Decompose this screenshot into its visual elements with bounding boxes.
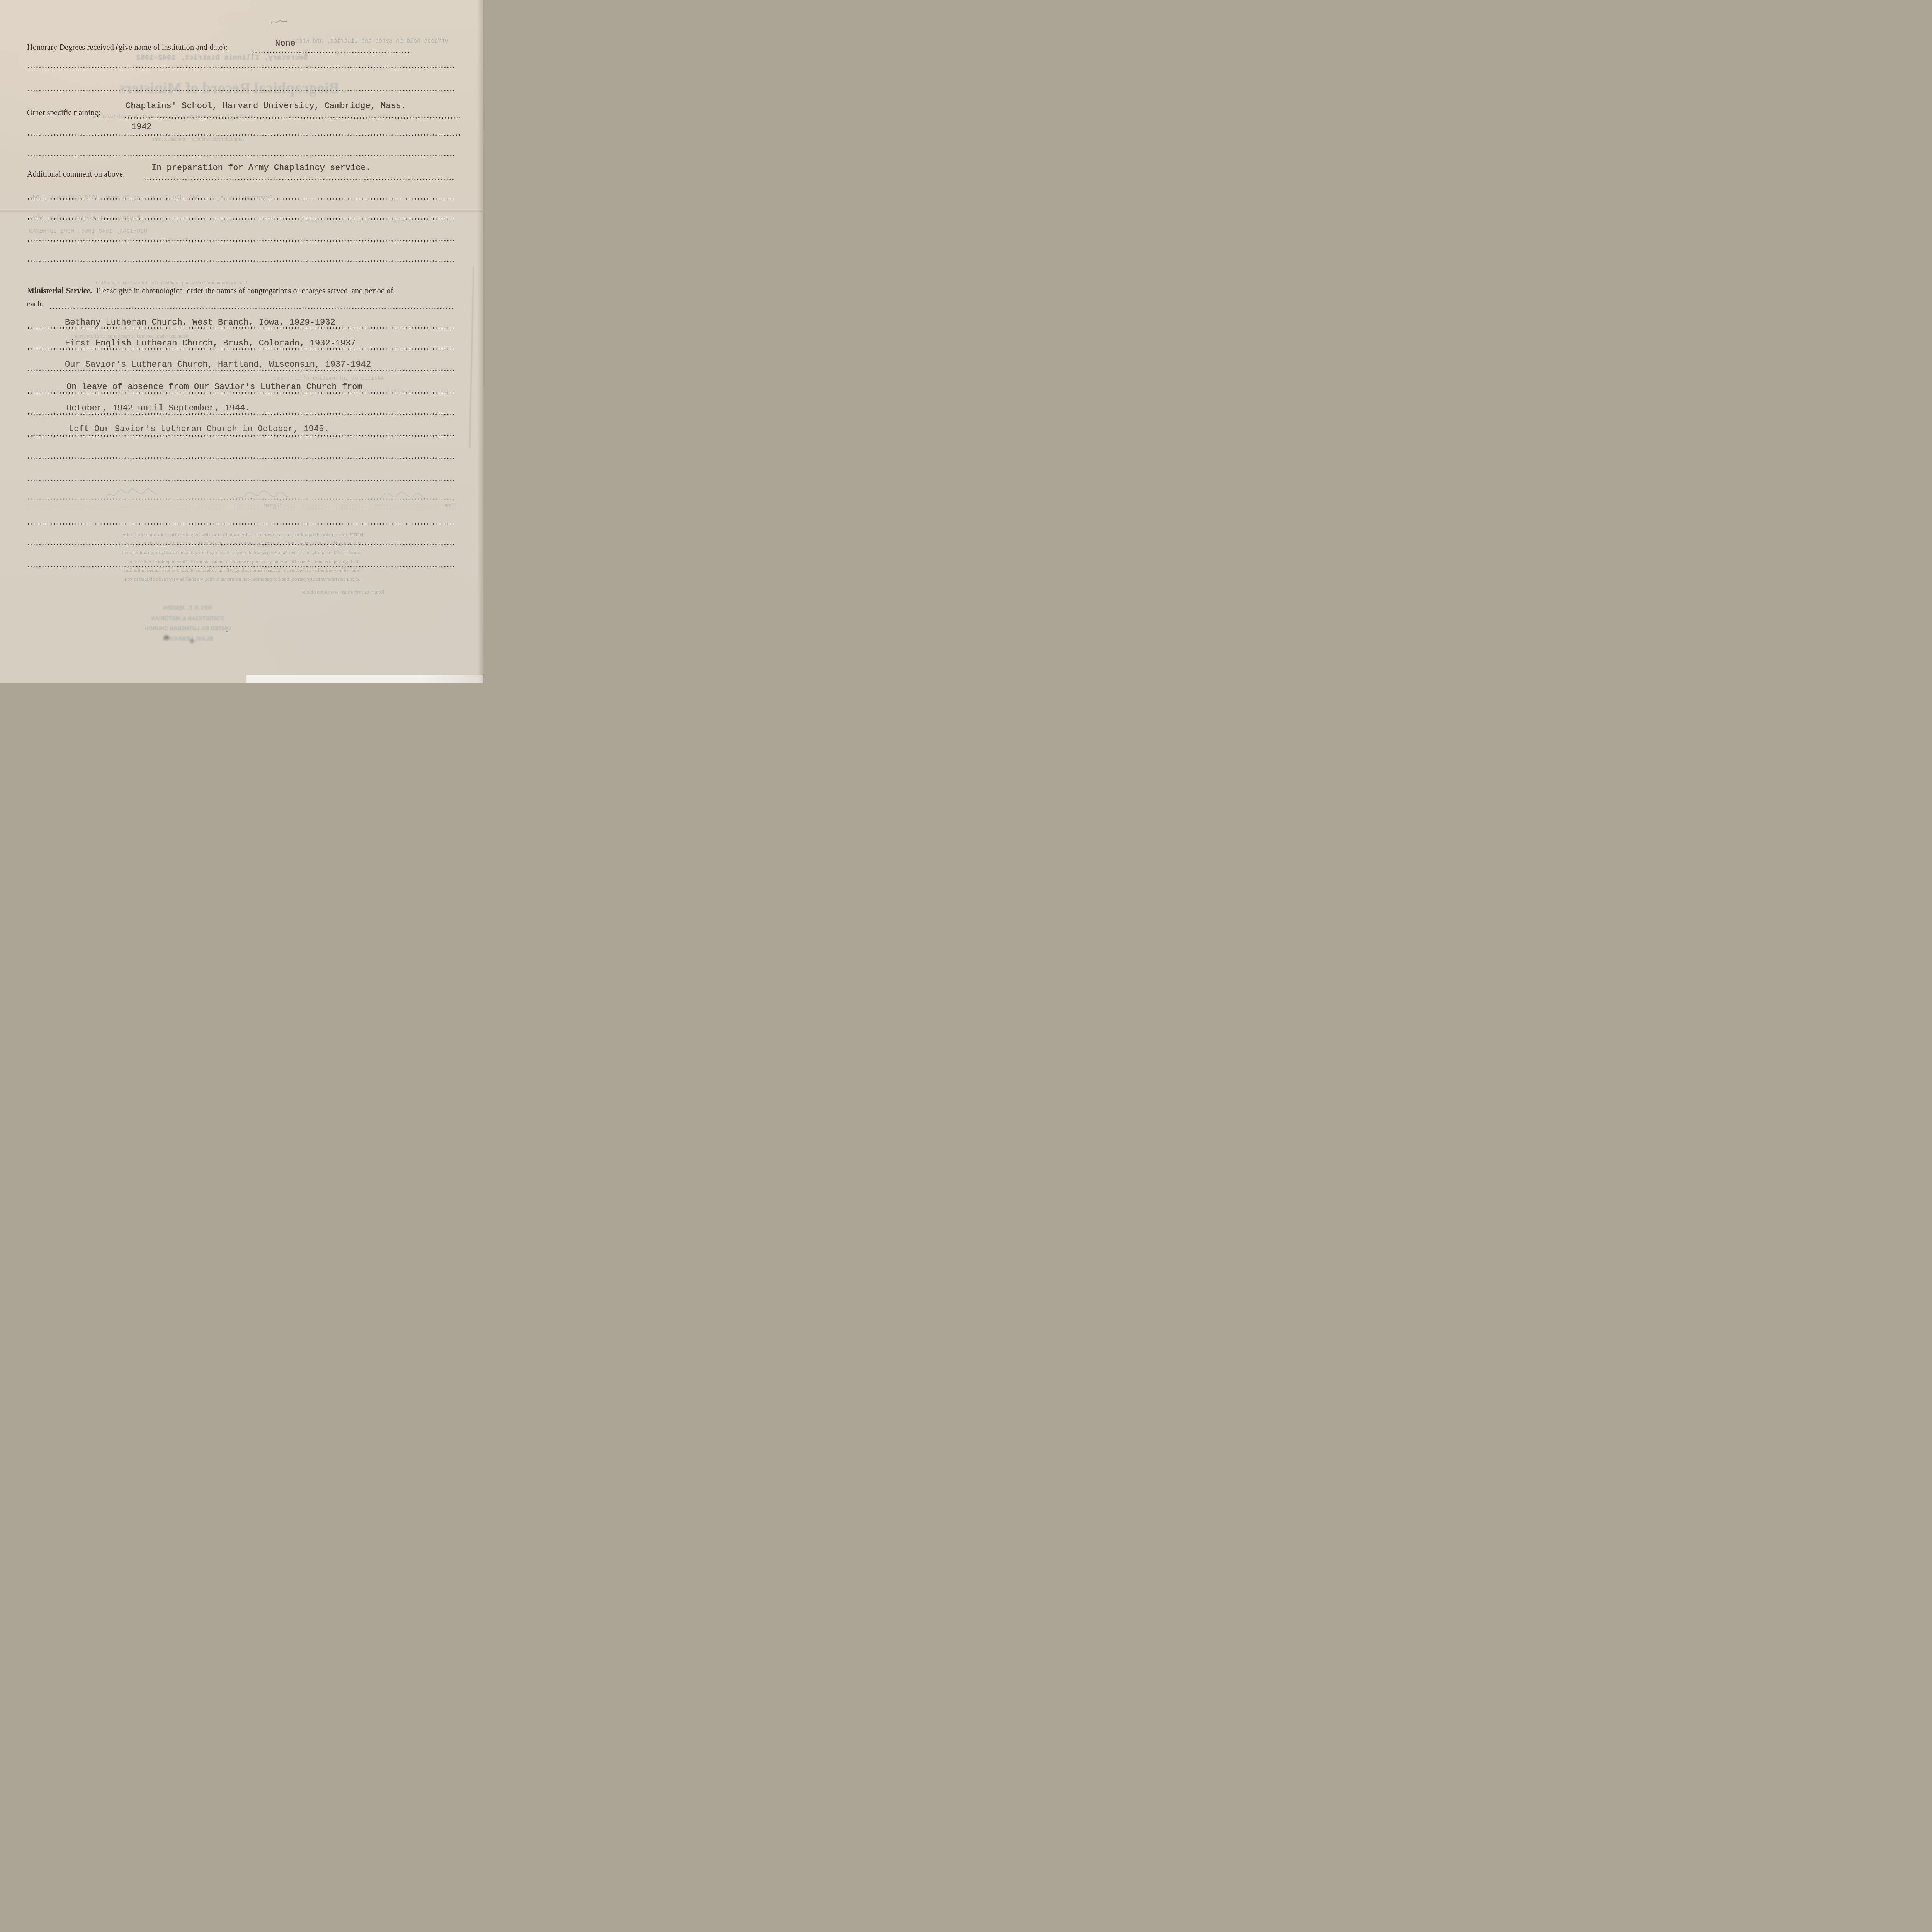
ministerial-entry: On leave of absence from Our Savior's Lu… xyxy=(66,382,362,392)
other-training-answer-line1: Chaplains' School, Harvard University, C… xyxy=(126,101,406,111)
ministerial-service-heading: Ministerial Service. xyxy=(27,287,92,295)
bleedthrough-additional-info-line: Additional information of interest: xyxy=(270,376,384,382)
ministerial-entry: October, 1942 until September, 1944. xyxy=(66,403,250,413)
dotted-line xyxy=(144,178,454,180)
paper-speck xyxy=(226,631,228,632)
small-pen-mark xyxy=(270,19,288,26)
ministerial-service-intro-line1: Ministerial Service. Please give in chro… xyxy=(27,287,393,296)
dotted-line xyxy=(27,392,454,394)
ministerial-service-intro-line2: each. xyxy=(27,300,43,309)
horizontal-fold-crease xyxy=(0,209,483,213)
ministerial-service-intro-text: Please give in chronological order the n… xyxy=(97,287,393,295)
dotted-line xyxy=(27,523,454,525)
bleedthrough-address-line: STATISTICIAN & HISTORIAN xyxy=(144,613,232,624)
dotted-line xyxy=(27,218,454,220)
other-training-label: Other specific training: xyxy=(27,109,100,117)
dotted-line xyxy=(27,543,454,546)
paper-speck xyxy=(32,435,34,437)
ink-smudge xyxy=(164,635,169,640)
bleedthrough-subtitle2: (Compiled for the Archives) (Personal Re… xyxy=(153,136,247,142)
dotted-line xyxy=(27,66,454,69)
ministerial-entry: Bethany Lutheran Church, West Branch, Io… xyxy=(65,318,335,327)
paper-speck xyxy=(132,107,133,109)
bleedthrough-secretary-line: Secretary, Illinois District, 1942-1952 xyxy=(136,53,308,62)
dotted-line xyxy=(27,134,460,136)
bleedthrough-service-line3: MICHIGAN, 1946-1953, HOPE LUTHERAN xyxy=(29,228,147,235)
dotted-line xyxy=(49,307,454,310)
ministerial-entry: First English Lutheran Church, Brush, Co… xyxy=(65,338,356,348)
honorary-degrees-answer: None xyxy=(275,39,296,48)
bleedthrough-literary-line: Literary production (books and pamphlets… xyxy=(95,280,247,286)
other-training-answer-line2: 1942 xyxy=(131,122,152,132)
dotted-line xyxy=(27,369,454,372)
dotted-line xyxy=(27,260,454,262)
dotted-line xyxy=(27,413,454,415)
bleedthrough-address-line: BLAIR, NEBRASKA xyxy=(144,634,232,644)
bleedthrough-note-line: NOTE: Our previous biographical records … xyxy=(24,530,459,539)
dotted-line xyxy=(27,198,454,200)
dotted-leader xyxy=(27,506,260,507)
bleedthrough-note-paragraph: NOTE: Our previous biographical records … xyxy=(24,530,459,583)
ink-smudge xyxy=(190,639,194,643)
dotted-line xyxy=(27,457,454,459)
bleedthrough-address-line: REV. P. C. JENSEN xyxy=(144,603,232,613)
dotted-line xyxy=(27,89,454,92)
additional-comment-label: Additional comment on above: xyxy=(27,170,125,179)
ministerial-entry: Left Our Savior's Lutheran Church in Oct… xyxy=(69,424,329,434)
bleedthrough-note-line: members of their family for correct data… xyxy=(24,548,459,557)
bleedthrough-note-line: If you can refer us to any person, book … xyxy=(24,575,459,583)
right-edge-shadow xyxy=(477,0,483,683)
dotted-line xyxy=(27,435,454,437)
bleedthrough-return-line: Return this report as soon as possible t… xyxy=(301,589,384,595)
bleedthrough-address-line: UNITED EV. LUTHERAN CHURCH xyxy=(144,623,232,634)
dotted-line xyxy=(124,117,460,119)
dotted-line xyxy=(27,498,454,500)
dotted-line xyxy=(27,480,454,482)
dotted-line xyxy=(27,565,454,568)
honorary-degrees-label: Honorary Degrees received (give name of … xyxy=(27,43,228,52)
vertical-crease xyxy=(469,267,474,448)
bleedthrough-address-block: REV. P. C. JENSEN STATISTICIAN & HISTORI… xyxy=(144,603,232,644)
dotted-leader xyxy=(285,506,440,507)
dotted-line xyxy=(27,155,454,157)
dotted-line xyxy=(252,51,410,54)
scanner-bottom-strip xyxy=(246,675,483,683)
bleedthrough-date-label: Date xyxy=(444,502,456,509)
bleedthrough-note-line: be highly appreciated. Please fill in wh… xyxy=(24,557,459,566)
dotted-line xyxy=(27,240,454,242)
bleedthrough-offices-line: Offices held in Synod and District, and … xyxy=(292,38,448,44)
bleedthrough-title: Biographical Record of Ministers xyxy=(119,79,339,97)
additional-comment-answer: In preparation for Army Chaplaincy servi… xyxy=(151,163,371,173)
scanned-form-page: Offices held in Synod and District, and … xyxy=(0,0,483,683)
signature-bleedthrough-squiggle xyxy=(228,489,290,505)
ministerial-entry: Our Savior's Lutheran Church, Hartland, … xyxy=(65,360,371,369)
